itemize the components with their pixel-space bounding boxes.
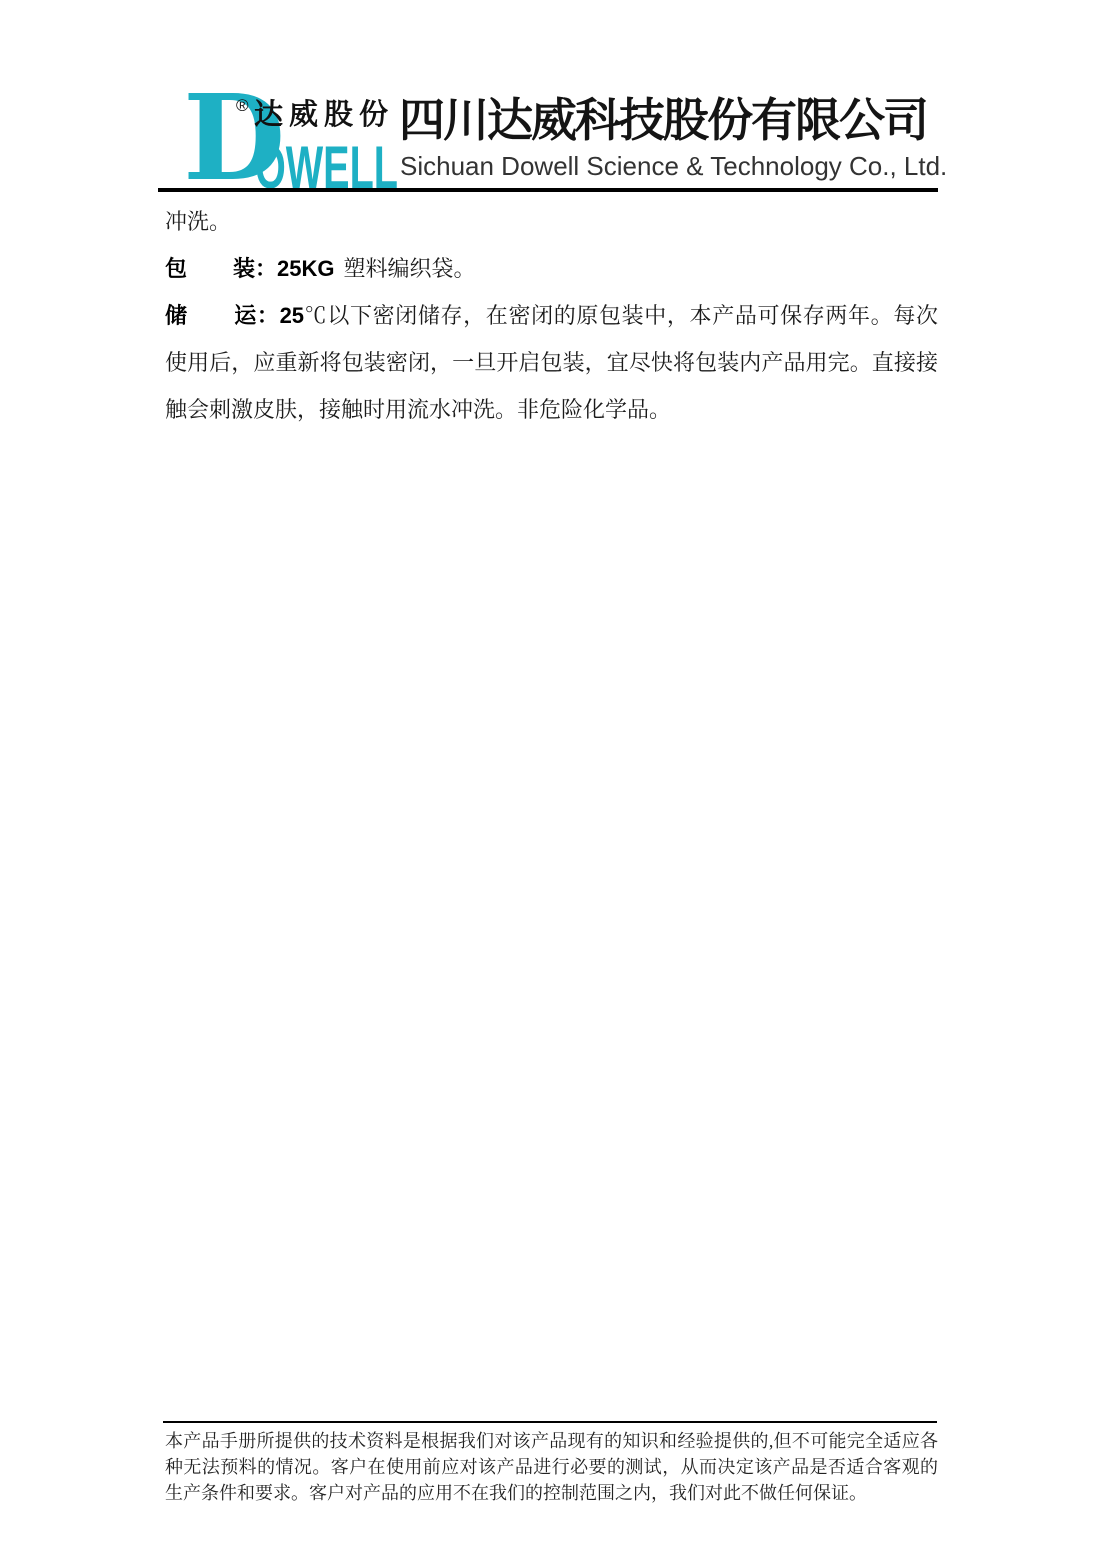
storage-temperature-value: 25 xyxy=(280,303,304,328)
storage-label-char-1: 储 xyxy=(165,303,188,328)
logo-brand-chinese: 达威股份 xyxy=(254,101,394,130)
packing-description: 塑料编织袋。 xyxy=(344,256,476,281)
packing-quantity: 25KG xyxy=(277,256,334,281)
document-body: 冲洗。 包装：25KG塑料编织袋。 储运：25℃以下密闭储存，在密闭的原包装中，… xyxy=(165,198,938,433)
document-page: D ® 达威股份 OWELL 四川达威科技股份有限公司 Sichuan Dowe… xyxy=(0,0,1102,1559)
registered-trademark-icon: ® xyxy=(236,96,249,116)
header-divider-line xyxy=(158,188,938,192)
continuation-text: 冲洗。 xyxy=(165,209,231,234)
logo-brand-english: OWELL xyxy=(255,145,398,192)
company-name-chinese: 四川达威科技股份有限公司 xyxy=(399,96,927,144)
storage-label-char-2: 运： xyxy=(234,303,280,328)
footer-divider-line xyxy=(163,1421,937,1423)
paragraph-continuation: 冲洗。 xyxy=(165,198,938,245)
disclaimer-text: 本产品手册所提供的技术资料是根据我们对该产品现有的知识和经验提供的,但不可能完全… xyxy=(165,1431,938,1503)
paragraph-packing: 包装：25KG塑料编织袋。 xyxy=(165,245,938,292)
paragraph-storage: 储运：25℃以下密闭储存，在密闭的原包装中，本产品可保存两年。每次使用后，应重新… xyxy=(165,292,938,433)
packing-label-char-1: 包 xyxy=(165,256,187,281)
footer-disclaimer: 本产品手册所提供的技术资料是根据我们对该产品现有的知识和经验提供的,但不可能完全… xyxy=(165,1428,938,1506)
packing-label-char-2: 装： xyxy=(233,256,277,281)
company-name-english: Sichuan Dowell Science & Technology Co.,… xyxy=(400,153,947,180)
